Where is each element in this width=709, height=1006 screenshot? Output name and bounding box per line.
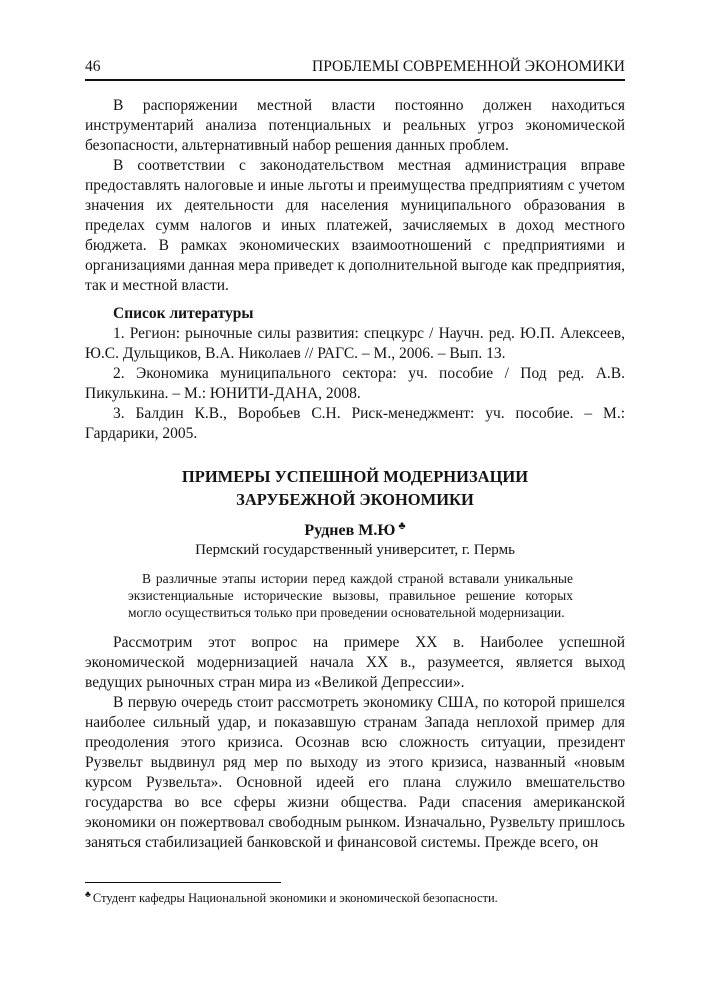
page-content: 46 ПРОБЛЕМЫ СОВРЕМЕННОЙ ЭКОНОМИКИ В расп… [85, 0, 625, 853]
author-name: Руднев М.Ю [304, 522, 395, 539]
article-title-line: ЗАРУБЕЖНОЙ ЭКОНОМИКИ [236, 490, 474, 509]
article-title-line: ПРИМЕРЫ УСПЕШНОЙ МОДЕРНИЗАЦИИ [182, 467, 528, 486]
footnote-mark: ♣ [85, 889, 91, 899]
abstract: В различные этапы истории перед каждой с… [128, 570, 573, 621]
footnote-rule [85, 882, 281, 883]
page-number: 46 [85, 57, 101, 76]
bibliography-item: 2. Экономика муниципального сектора: уч.… [85, 364, 625, 404]
footnote-body: Студент кафедры Национальной экономики и… [93, 891, 498, 905]
paragraph: Рассмотрим этот вопрос на примере XX в. … [85, 633, 625, 693]
footnote: ♣Студент кафедры Национальной экономики … [85, 882, 625, 906]
bibliography-heading: Список литературы [85, 304, 625, 324]
paragraph: В распоряжении местной власти постоянно … [85, 96, 625, 156]
journal-title: ПРОБЛЕМЫ СОВРЕМЕННОЙ ЭКОНОМИКИ [312, 57, 625, 76]
author-line: Руднев М.Ю♣ [85, 522, 625, 540]
running-header: 46 ПРОБЛЕМЫ СОВРЕМЕННОЙ ЭКОНОМИКИ [85, 0, 625, 81]
affiliation: Пермский государственный университет, г.… [85, 542, 625, 559]
bibliography-item: 3. Балдин К.В., Воробьев С.Н. Риск-менед… [85, 404, 625, 444]
footnote-text: ♣Студент кафедры Национальной экономики … [85, 890, 625, 906]
paragraph: В первую очередь стоит рассмотреть эконо… [85, 693, 625, 853]
author-footnote-mark: ♣ [398, 520, 405, 532]
paragraph: В соответствии с законодательством местн… [85, 156, 625, 296]
bibliography-item: 1. Регион: рыночные силы развития: спецк… [85, 324, 625, 364]
article-title: ПРИМЕРЫ УСПЕШНОЙ МОДЕРНИЗАЦИИ ЗАРУБЕЖНОЙ… [85, 465, 625, 511]
